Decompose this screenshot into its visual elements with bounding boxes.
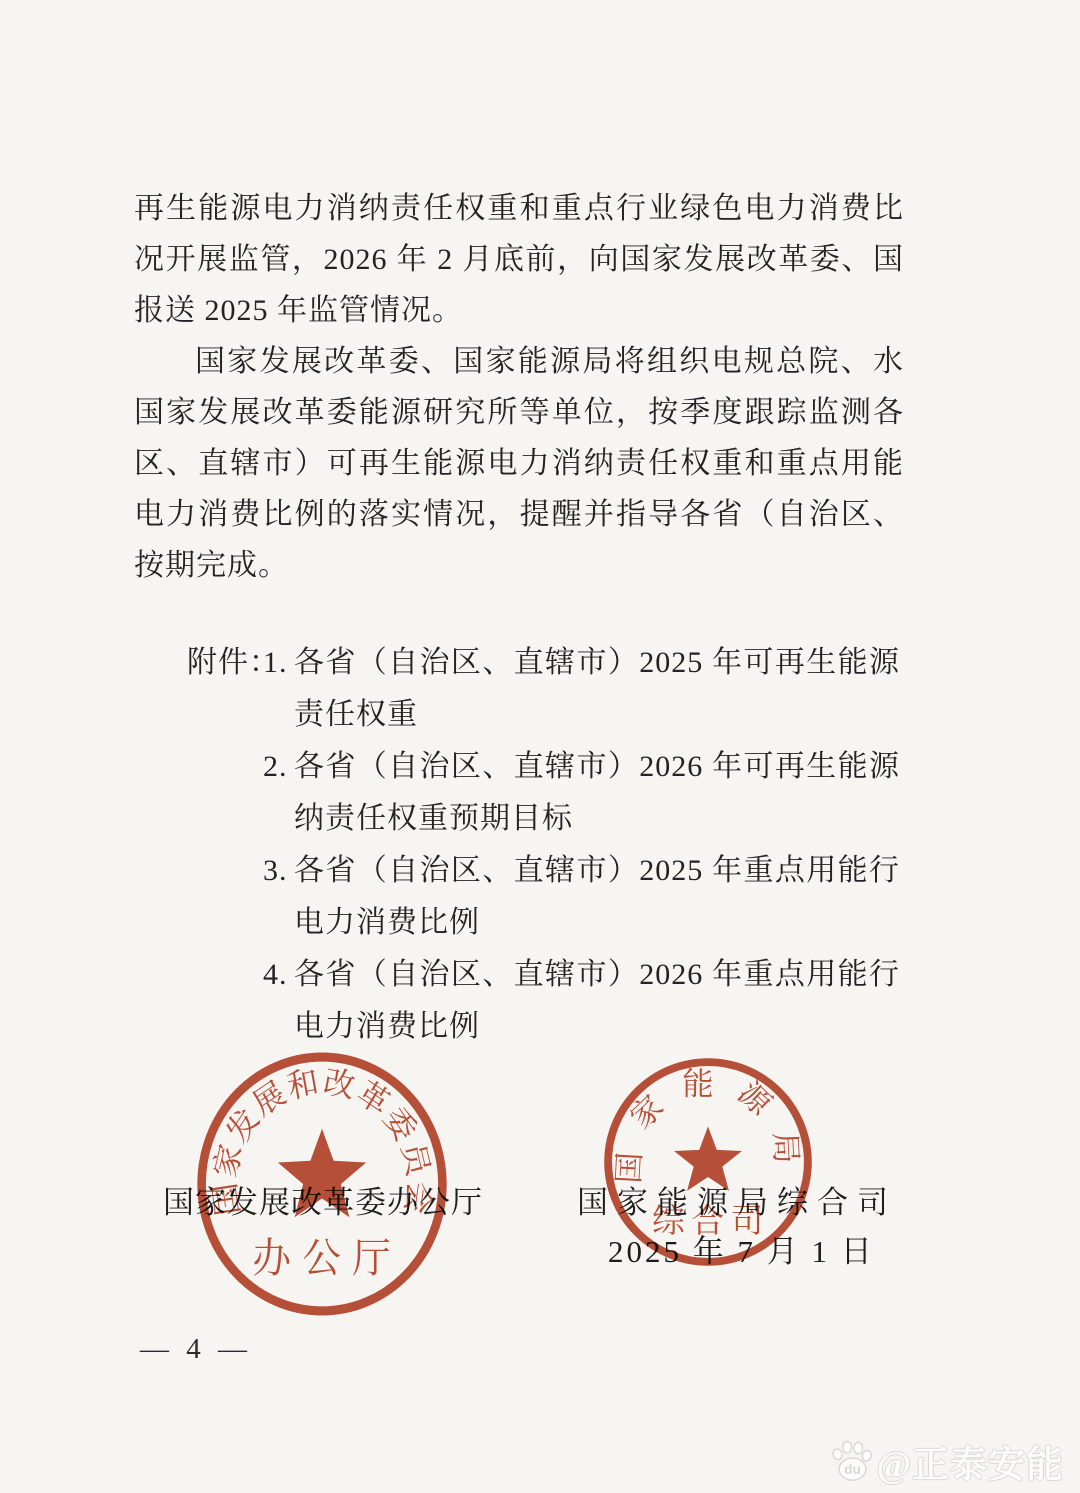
watermark-text: @正泰安能 (877, 1434, 1064, 1488)
attachment-item: 3. 各省（自治区、直辖市）2025 年重点用能行业绿色 电力消费比例 (263, 845, 900, 949)
attachment-number: 4. (263, 949, 294, 1001)
seal-nea-general-dept: 国家能源局 综合司 (601, 1055, 815, 1269)
document-body: 再生能源电力消纳责任权重和重点行业绿色电力消费比例完成情 况开展监管，2026 … (134, 183, 904, 591)
paragraph-line: 国家发展改革委、国家能源局将组织电规总院、水电总院、 (134, 336, 904, 387)
seal-ndrc-office: 国家发展和改革委员会 办公厅 (193, 1048, 451, 1320)
attachment-item: 4. 各省（自治区、直辖市）2026 年重点用能行业绿色 电力消费比例 (263, 949, 900, 1053)
paw-icon: du (829, 1438, 875, 1484)
attachment-line: 各省（自治区、直辖市）2025 年可再生能源电力消纳 (294, 637, 900, 689)
paragraph-line: 况开展监管，2026 年 2 月底前，向国家发展改革委、国家能源局 (134, 234, 904, 285)
attachment-line: 纳责任权重预期目标 (294, 793, 900, 845)
attachment-line: 电力消费比例 (294, 1001, 900, 1053)
attachment-item: 2. 各省（自治区、直辖市）2026 年可再生能源电力消 纳责任权重预期目标 (263, 741, 900, 845)
attachment-number: 3. (263, 845, 294, 897)
paragraph-line: 再生能源电力消纳责任权重和重点行业绿色电力消费比例完成情 (134, 183, 904, 234)
paragraph-line: 电力消费比例的落实情况，提醒并指导各省（自治区、直辖市） (134, 489, 904, 540)
document-page: 再生能源电力消纳责任权重和重点行业绿色电力消费比例完成情 况开展监管，2026 … (0, 0, 1080, 1493)
attachment-line: 各省（自治区、直辖市）2025 年重点用能行业绿色 (294, 845, 900, 897)
star-icon (674, 1126, 742, 1191)
seal-bottom-text: 办公厅 (252, 1236, 402, 1281)
star-icon (278, 1129, 366, 1218)
attachment-line: 各省（自治区、直辖市）2026 年重点用能行业绿色 (294, 949, 900, 1001)
page-number: — 4 — (140, 1333, 252, 1366)
attachment-item: 1. 各省（自治区、直辖市）2025 年可再生能源电力消纳 责任权重 (263, 637, 900, 741)
attachment-number: 2. (263, 741, 294, 793)
paragraph-line: 国家发展改革委能源研究所等单位，按季度跟踪监测各省（自治 (134, 387, 904, 438)
attachment-number: 1. (263, 637, 294, 689)
attachment-line: 各省（自治区、直辖市）2026 年可再生能源电力消 (294, 741, 900, 793)
paragraph-line: 区、直辖市）可再生能源电力消纳责任权重和重点用能行业绿色 (134, 438, 904, 489)
seal-bottom-text: 综合司 (652, 1203, 770, 1240)
paragraph-line: 按期完成。 (134, 540, 904, 591)
paw-logo-text: du (844, 1462, 860, 1477)
attachment-line: 电力消费比例 (294, 897, 900, 949)
attachment-line: 责任权重 (294, 689, 900, 741)
paragraph-line: 报送 2025 年监管情况。 (134, 285, 904, 336)
attachments-list: 1. 各省（自治区、直辖市）2025 年可再生能源电力消纳 责任权重 2. 各省… (263, 637, 900, 1053)
watermark: du @正泰安能 (829, 1434, 1064, 1488)
